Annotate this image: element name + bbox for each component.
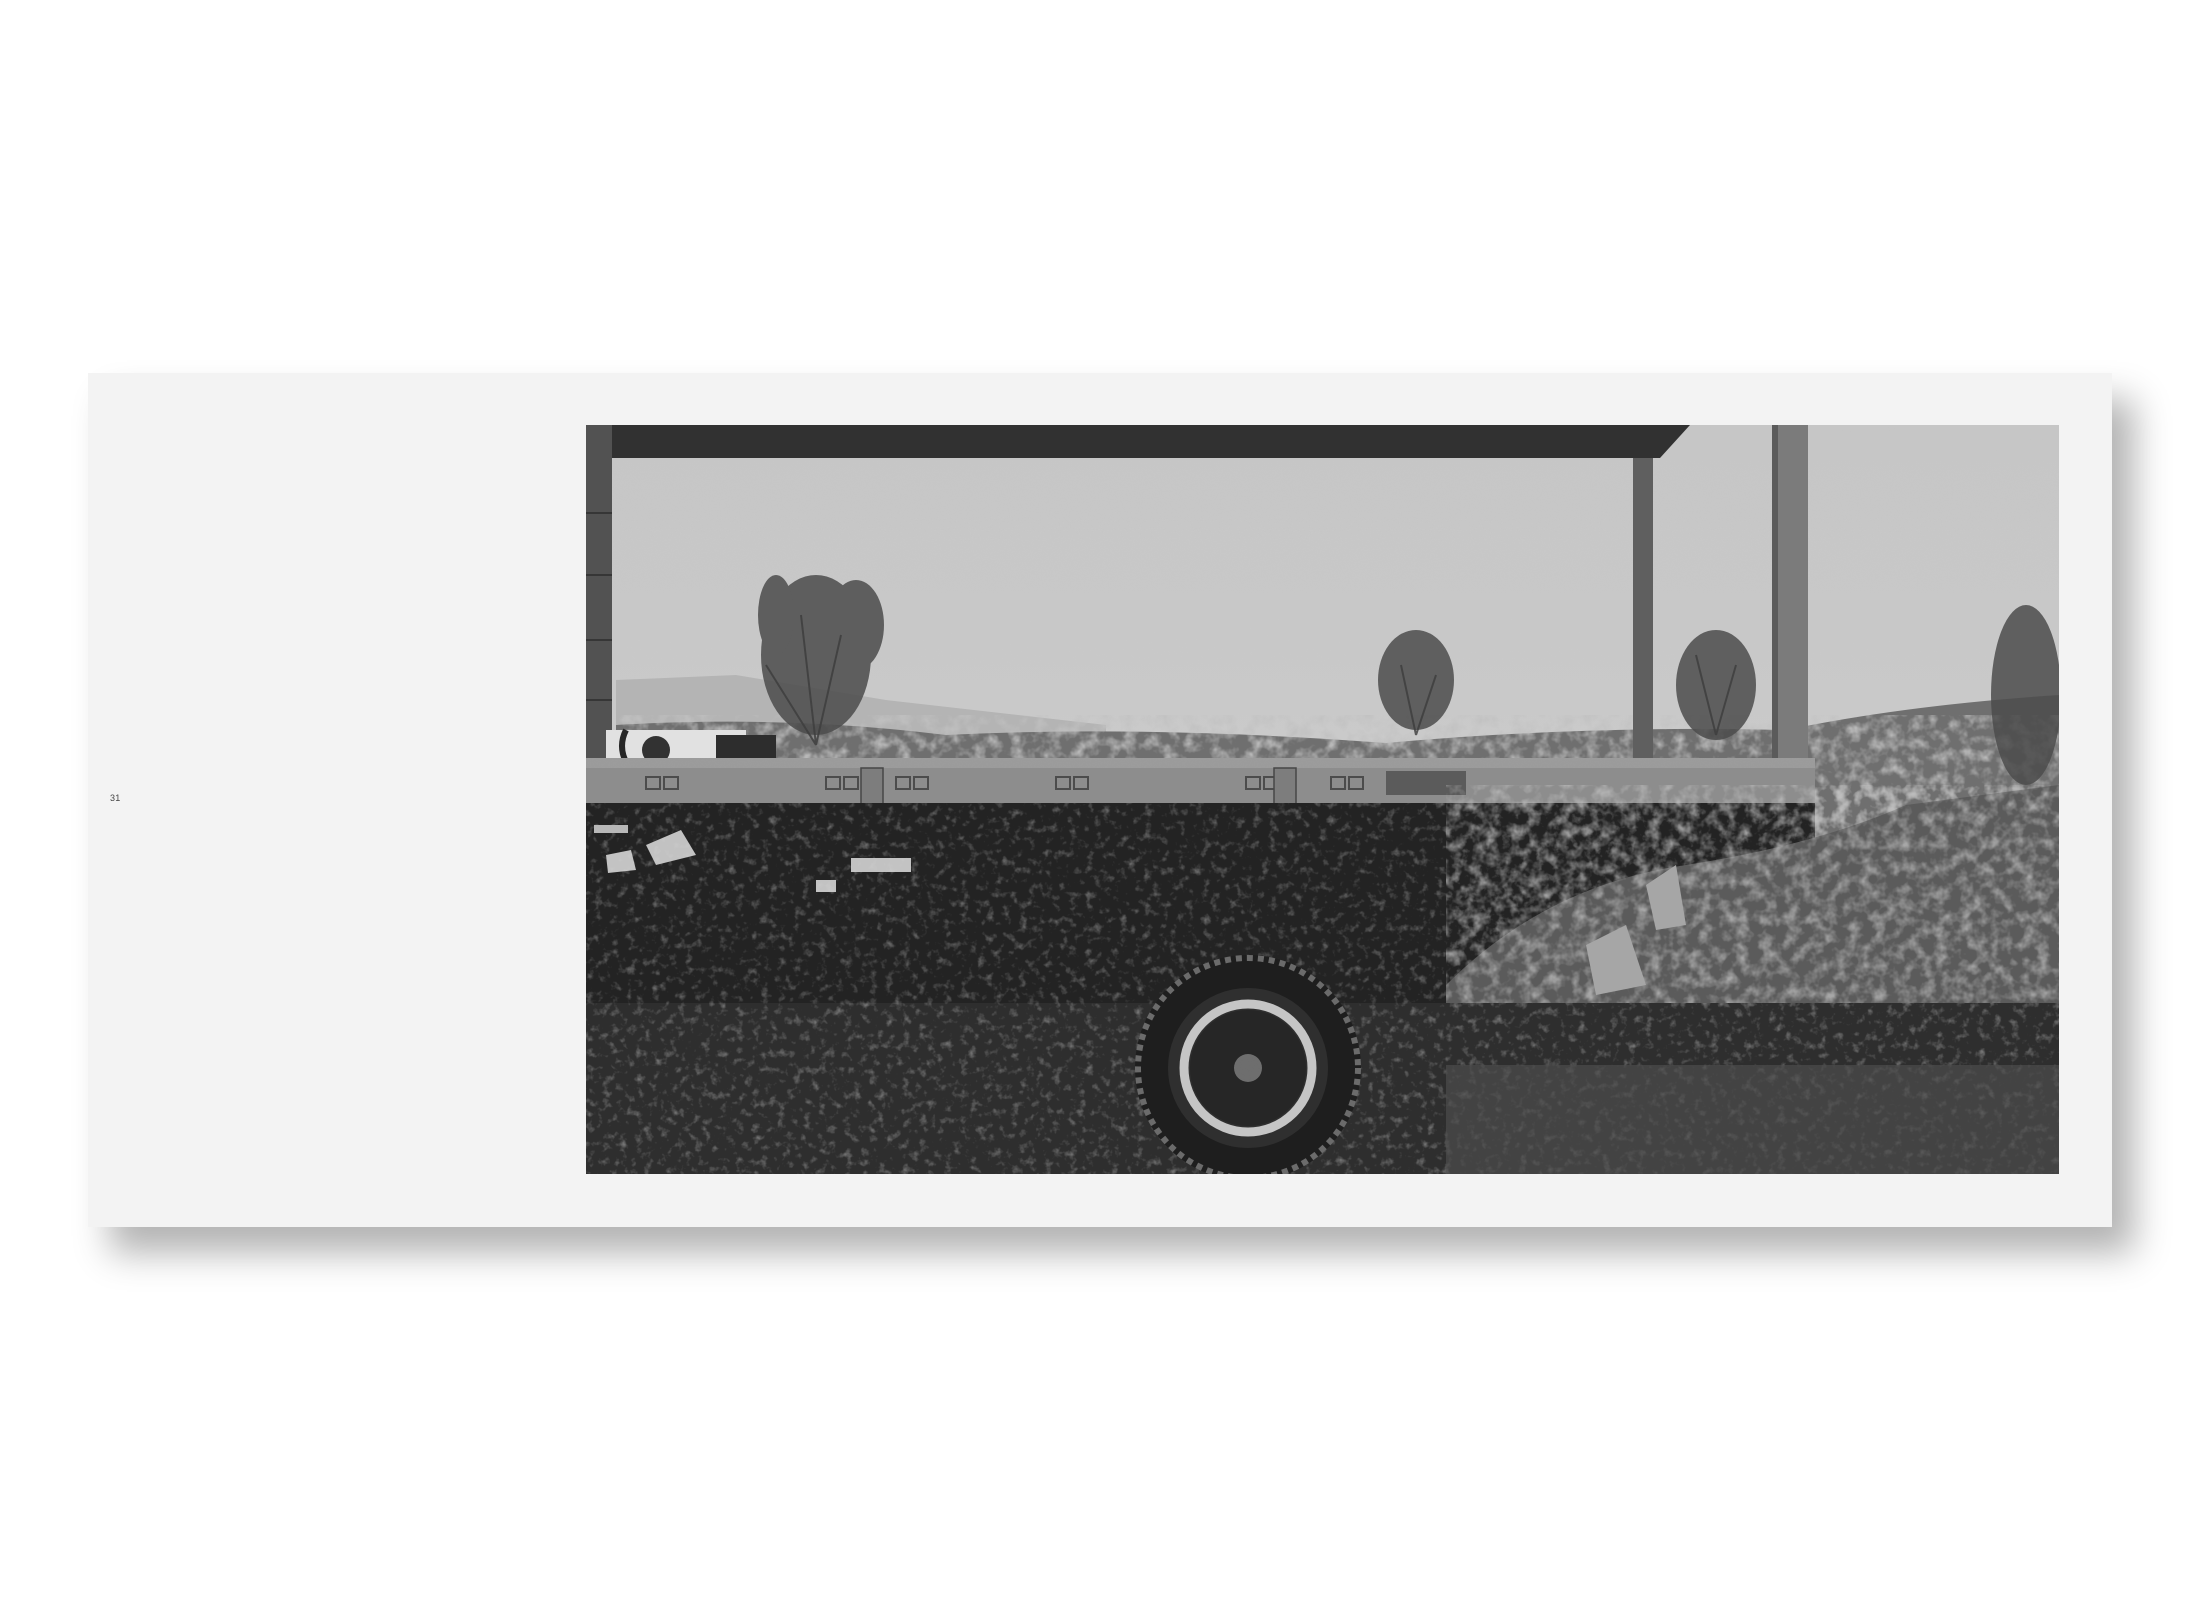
page-number: 31 [110,793,121,803]
book-page: 31 [88,373,2112,1227]
photograph [586,425,2059,1174]
photo-illustration [586,425,2059,1174]
